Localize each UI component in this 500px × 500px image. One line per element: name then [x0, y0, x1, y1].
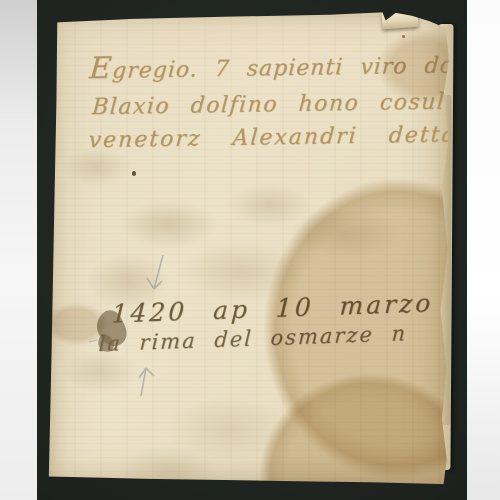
- pencil-arrow-up-icon: [139, 368, 154, 396]
- address-block: Egregio. 7 sapienti viro domio Blaxio do…: [89, 45, 499, 153]
- photo-backdrop: Egregio. 7 sapienti viro domio Blaxio do…: [37, 0, 467, 500]
- docket-block: 1420 ap 10 marzo la rima del osmarze n: [111, 288, 435, 355]
- red-speck: [402, 35, 405, 38]
- pencil-arrow-down-icon: [147, 255, 163, 289]
- background-strip-left: [0, 0, 37, 500]
- folded-corner-flap: [381, 10, 418, 29]
- background-strip-right: [467, 0, 500, 500]
- address-line-3: venetorz Alexandri detta: [88, 122, 500, 153]
- manuscript-letter: Egregio. 7 sapienti viro domio Blaxio do…: [48, 10, 450, 486]
- auction-photo: Egregio. 7 sapienti viro domio Blaxio do…: [0, 0, 500, 500]
- dark-fleck: [132, 171, 136, 176]
- address-line-1: Egregio. 7 sapienti viro domio: [88, 45, 499, 86]
- address-line-2: Blaxio dolfino hono cosule: [91, 89, 500, 120]
